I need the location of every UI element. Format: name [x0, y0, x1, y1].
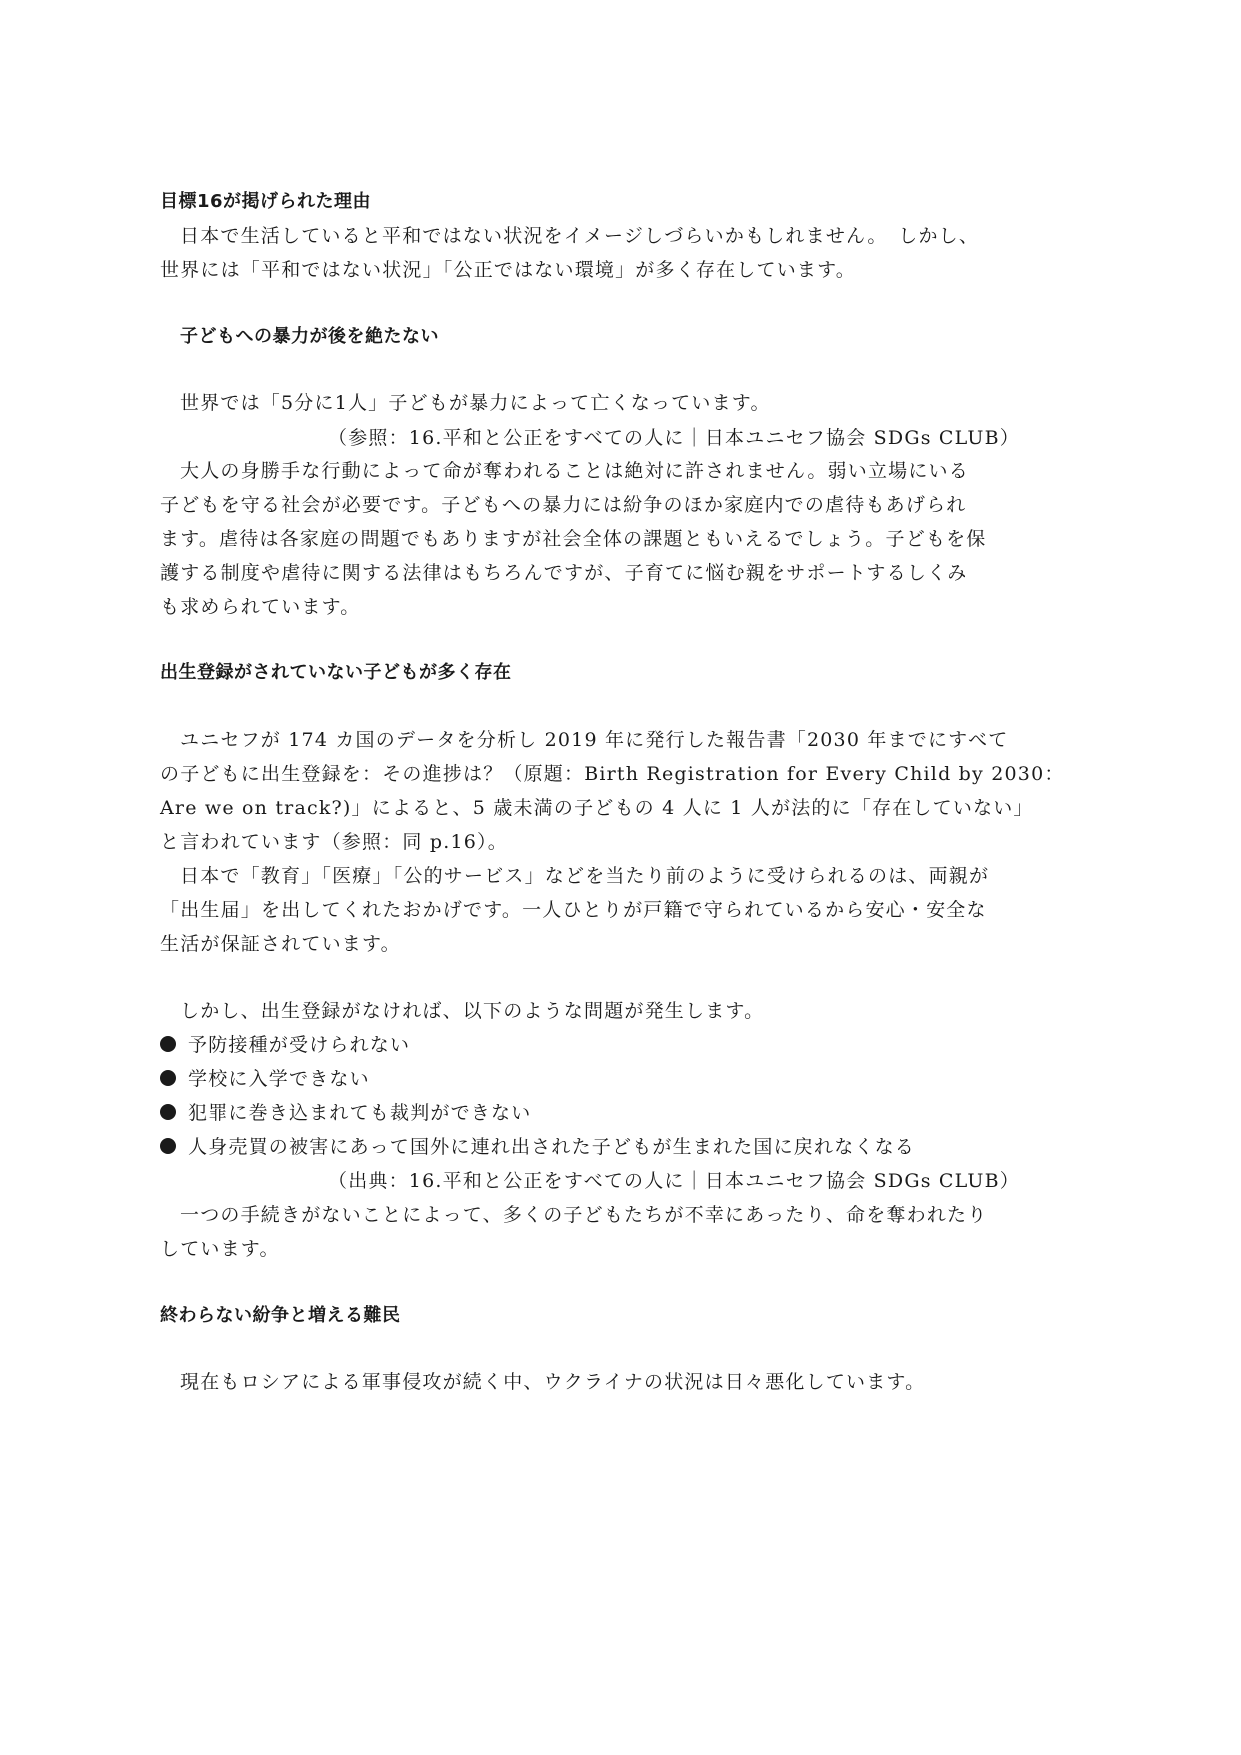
paragraph-line: 世界には「平和ではない状況」「公正ではない環境」が多く存在しています。 [160, 258, 856, 282]
paragraph-line: 「出生届」を出してくれたおかげです。一人ひとりが戸籍で守られているから安心・安全… [160, 898, 987, 922]
bullet-item: 予防接種が受けられない [160, 1033, 410, 1057]
paragraph-lead: 世界では「5分に1人」子どもが暴力によって亡くなっています。 [180, 391, 771, 415]
paragraph-line: しています。 [160, 1237, 280, 1261]
paragraph-line: ます。虐待は各家庭の問題でもありますが社会全体の課題ともいえるでしょう。子どもを… [160, 527, 987, 551]
bullet-item: 学校に入学できない [160, 1067, 370, 1091]
paragraph-line: 大人の身勝手な行動によって命が奪われることは絶対に許されません。弱い立場にいる [180, 459, 969, 483]
paragraph-line: と言われています（参照：同 p.16）。 [160, 830, 508, 854]
paragraph-line: ユニセフが 174 カ国のデータを分析し 2019 年に発行した報告書「2030… [180, 728, 1008, 752]
paragraph-line: 生活が保証されています。 [160, 932, 401, 956]
bullet-item: 人身売買の被害にあって国外に連れ出された子どもが生まれた国に戻れなくなる [160, 1135, 915, 1159]
paragraph-line: も求められています。 [160, 595, 360, 619]
paragraph-line: 一つの手続きがないことによって、多くの子どもたちが不幸にあったり、命を奪われたり [180, 1203, 987, 1227]
bullet-item: 犯罪に巻き込まれても裁判ができない [160, 1101, 531, 1125]
paragraph-line: の子どもに出生登録を：その進捗は？（原題：Birth Registration … [160, 762, 1065, 786]
section-heading-conflict-refugees: 終わらない紛争と増える難民 [160, 1304, 401, 1328]
paragraph-line: 子どもを守る社会が必要です。子どもへの暴力には紛争のほか家庭内での虐待もあげられ [160, 493, 966, 517]
citation: （参照：16.平和と公正をすべての人に｜日本ユニセフ協会 SDGs CLUB） [328, 426, 1020, 450]
paragraph-line: 現在もロシアによる軍事侵攻が続く中、ウクライナの状況は日々悪化しています。 [180, 1370, 925, 1394]
list-intro: しかし、出生登録がなければ、以下のような問題が発生します。 [180, 999, 764, 1023]
bullet-text: 犯罪に巻き込まれても裁判ができない [188, 1102, 531, 1124]
section-heading-goal16-reason: 目標16が掲げられた理由 [160, 190, 371, 214]
paragraph-line: 日本で生活していると平和ではない状況をイメージしづらいかもしれません。 しかし、 [180, 224, 979, 248]
paragraph-line: Are we on track?)」によると、5 歳未満の子どもの 4 人に 1… [160, 796, 1034, 820]
bullet-icon [160, 1138, 176, 1154]
citation: （出典：16.平和と公正をすべての人に｜日本ユニセフ協会 SDGs CLUB） [328, 1169, 1020, 1193]
section-heading-birth-registration: 出生登録がされていない子どもが多く存在 [160, 661, 512, 685]
bullet-icon [160, 1036, 176, 1052]
section-heading-violence: 子どもへの暴力が後を絶たない [180, 325, 439, 349]
paragraph-line: 護する制度や虐待に関する法律はもちろんですが、子育てに悩む親をサポートするしくみ [160, 561, 967, 585]
bullet-text: 予防接種が受けられない [188, 1034, 410, 1056]
bullet-icon [160, 1104, 176, 1120]
paragraph-line: 日本で「教育」「医療」「公的サービス」などを当たり前のように受けられるのは、両親… [180, 864, 989, 888]
bullet-text: 人身売買の被害にあって国外に連れ出された子どもが生まれた国に戻れなくなる [188, 1136, 915, 1158]
bullet-icon [160, 1070, 176, 1086]
bullet-text: 学校に入学できない [188, 1068, 370, 1090]
